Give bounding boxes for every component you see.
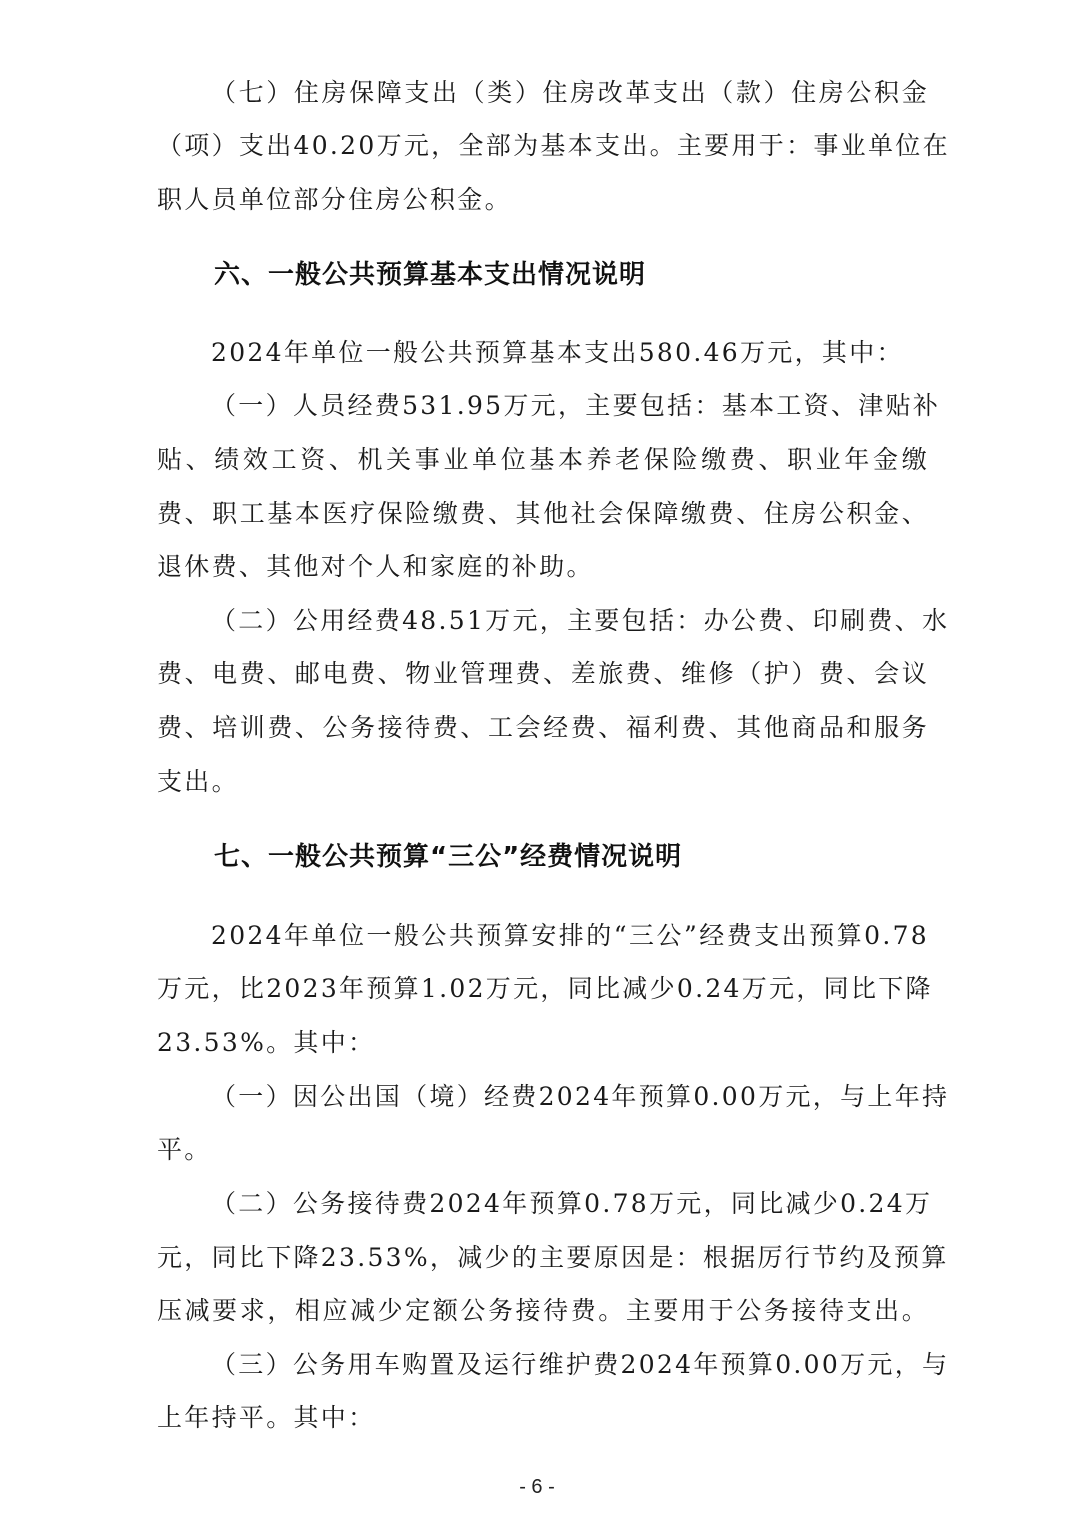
paragraph-line: 平。	[157, 1135, 929, 1165]
paragraph-line: 万元，比2023年预算1.02万元，同比减少0.24万元，同比下降	[157, 974, 929, 1004]
paragraph-line: （一）因公出国（境）经费2024年预算0.00万元，与上年持	[211, 1082, 929, 1112]
paragraph-line: 费、职工基本医疗保险缴费、其他社会保障缴费、住房公积金、	[157, 499, 929, 529]
paragraph-line: 2024年单位一般公共预算基本支出580.46万元，其中：	[211, 338, 929, 368]
document-page: （七）住房保障支出（类）住房改革支出（款）住房公积金 （项）支出40.20万元，…	[0, 0, 1074, 1520]
paragraph-line: （项）支出40.20万元，全部为基本支出。主要用于：事业单位在	[157, 131, 929, 161]
paragraph-line: （三）公务用车购置及运行维护费2024年预算0.00万元，与	[211, 1350, 929, 1380]
paragraph-line: 23.53%。其中：	[157, 1028, 929, 1058]
paragraph-line: 职人员单位部分住房公积金。	[157, 185, 929, 215]
paragraph-line: 元，同比下降23.53%，减少的主要原因是：根据厉行节约及预算	[157, 1243, 929, 1273]
paragraph-line: 贴、绩效工资、机关事业单位基本养老保险缴费、职业年金缴	[157, 445, 929, 475]
paragraph-line: 费、电费、邮电费、物业管理费、差旅费、维修（护）费、会议	[157, 659, 929, 689]
paragraph-line: 退休费、其他对个人和家庭的补助。	[157, 552, 929, 582]
section-heading-6: 六、一般公共预算基本支出情况说明	[214, 260, 646, 290]
paragraph-line: 压减要求，相应减少定额公务接待费。主要用于公务接待支出。	[157, 1296, 929, 1326]
paragraph-line: （一）人员经费531.95万元，主要包括：基本工资、津贴补	[211, 391, 929, 421]
paragraph-line: 支出。	[157, 767, 929, 797]
paragraph-line: 上年持平。其中：	[157, 1403, 929, 1433]
paragraph-line: （七）住房保障支出（类）住房改革支出（款）住房公积金	[211, 78, 929, 108]
page-number: - 6 -	[0, 1476, 1074, 1499]
paragraph-line: 2024年单位一般公共预算安排的“三公”经费支出预算0.78	[211, 921, 929, 951]
paragraph-line: 费、培训费、公务接待费、工会经费、福利费、其他商品和服务	[157, 713, 929, 743]
section-heading-7: 七、一般公共预算“三公”经费情况说明	[214, 842, 682, 872]
paragraph-line: （二）公务接待费2024年预算0.78万元，同比减少0.24万	[211, 1189, 929, 1219]
paragraph-line: （二）公用经费48.51万元，主要包括：办公费、印刷费、水	[211, 606, 929, 636]
